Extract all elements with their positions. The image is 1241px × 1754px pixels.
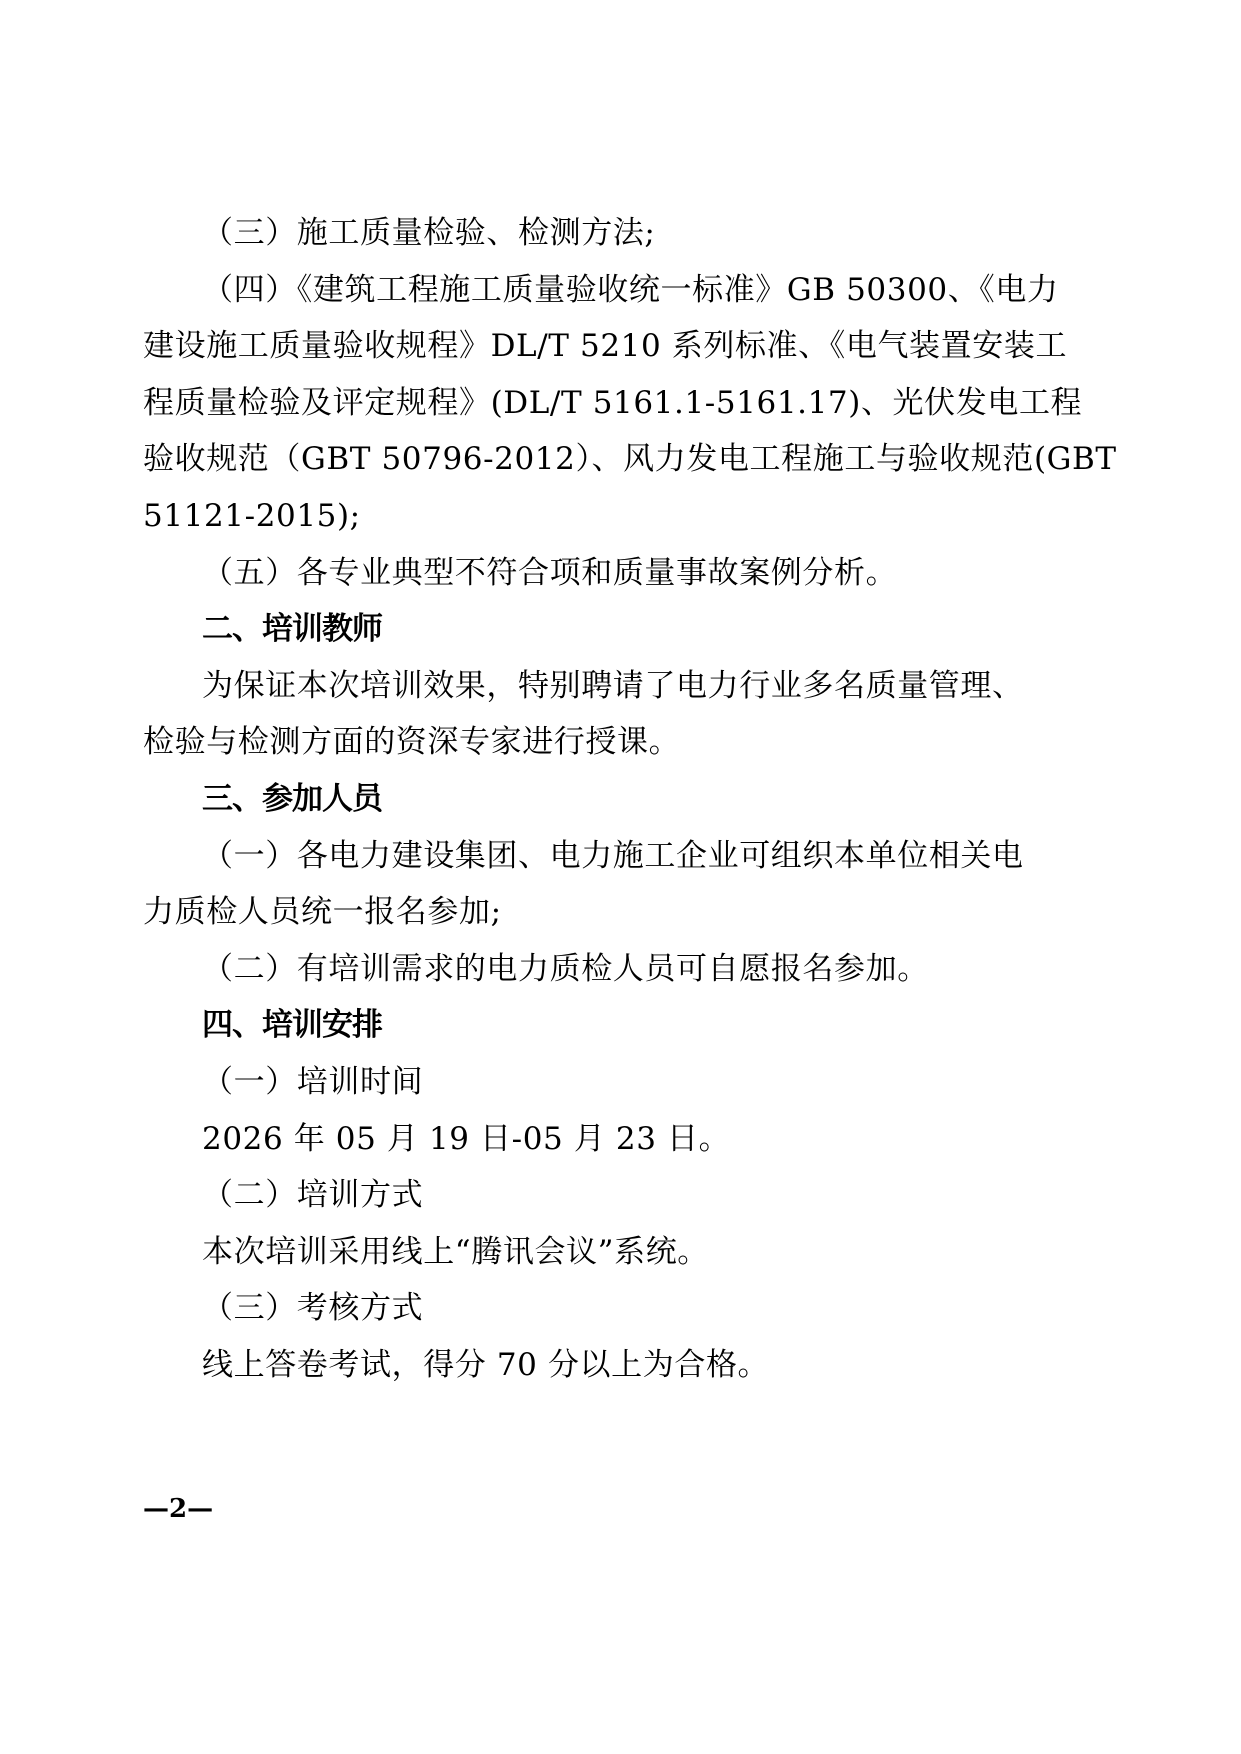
text-line: 验收规范（GBT 50796-2012）、风力发电工程施工与验收规范(GBT — [143, 431, 968, 488]
section-heading-arrangements: 四、培训安排 — [143, 997, 968, 1054]
text-line: 本次培训采用线上“腾讯会议”系统。 — [202, 1224, 968, 1281]
text-line: 为保证本次培训效果，特别聘请了电力行业多名质量管理、 — [143, 658, 968, 715]
text-line: 检验与检测方面的资深专家进行授课。 — [143, 714, 968, 771]
list-item-standards: （四）《建筑工程施工质量验收统一标准》GB 50300、《电力 建设施工质量验收… — [143, 262, 968, 545]
text-line: 力质检人员统一报名参加; — [143, 884, 968, 941]
text-line: 建设施工质量验收规程》DL/T 5210 系列标准、《电气装置安装工 — [143, 318, 968, 375]
list-item-inspection-methods: （三）施工质量检验、检测方法; — [143, 205, 968, 262]
subheading-training-time: （一）培训时间 — [143, 1054, 968, 1111]
text-line: 程质量检验及评定规程》(DL/T 5161.1-5161.17)、光伏发电工程 — [143, 375, 968, 432]
text-line: （五）各专业典型不符合项和质量事故案例分析。 — [202, 545, 968, 602]
document-body: （三）施工质量检验、检测方法; （四）《建筑工程施工质量验收统一标准》GB 50… — [143, 205, 968, 1393]
heading-text: 四、培训安排 — [202, 997, 968, 1054]
subheading-assessment-method: （三）考核方式 — [143, 1280, 968, 1337]
text-line: 51121-2015); — [143, 488, 968, 545]
section-heading-instructors: 二、培训教师 — [143, 601, 968, 658]
text-line: 线上答卷考试，得分 70 分以上为合格。 — [202, 1337, 968, 1394]
heading-text: 三、参加人员 — [202, 771, 968, 828]
list-item-voluntary-registration: （二）有培训需求的电力质检人员可自愿报名参加。 — [143, 941, 968, 998]
document-page: （三）施工质量检验、检测方法; （四）《建筑工程施工质量验收统一标准》GB 50… — [0, 0, 1241, 1754]
list-item-group-registration: （一）各电力建设集团、电力施工企业可组织本单位相关电 力质检人员统一报名参加; — [143, 828, 968, 941]
text-line: （三）施工质量检验、检测方法; — [202, 205, 968, 262]
text-line: （二）有培训需求的电力质检人员可自愿报名参加。 — [202, 941, 968, 998]
text-line: （三）考核方式 — [202, 1280, 968, 1337]
paragraph-assessment-method: 线上答卷考试，得分 70 分以上为合格。 — [143, 1337, 968, 1394]
paragraph-instructors: 为保证本次培训效果，特别聘请了电力行业多名质量管理、 检验与检测方面的资深专家进… — [143, 658, 968, 771]
subheading-training-method: （二）培训方式 — [143, 1167, 968, 1224]
text-line: （一）各电力建设集团、电力施工企业可组织本单位相关电 — [143, 828, 968, 885]
paragraph-training-dates: 2026 年 05 月 19 日-05 月 23 日。 — [143, 1111, 968, 1168]
text-line: 2026 年 05 月 19 日-05 月 23 日。 — [202, 1111, 968, 1168]
section-heading-participants: 三、参加人员 — [143, 771, 968, 828]
text-line: （一）培训时间 — [202, 1054, 968, 1111]
page-number: —2— — [143, 1494, 213, 1524]
text-line: （二）培训方式 — [202, 1167, 968, 1224]
text-line: （四）《建筑工程施工质量验收统一标准》GB 50300、《电力 — [143, 262, 968, 319]
heading-text: 二、培训教师 — [202, 601, 968, 658]
paragraph-training-method: 本次培训采用线上“腾讯会议”系统。 — [143, 1224, 968, 1281]
list-item-case-analysis: （五）各专业典型不符合项和质量事故案例分析。 — [143, 545, 968, 602]
